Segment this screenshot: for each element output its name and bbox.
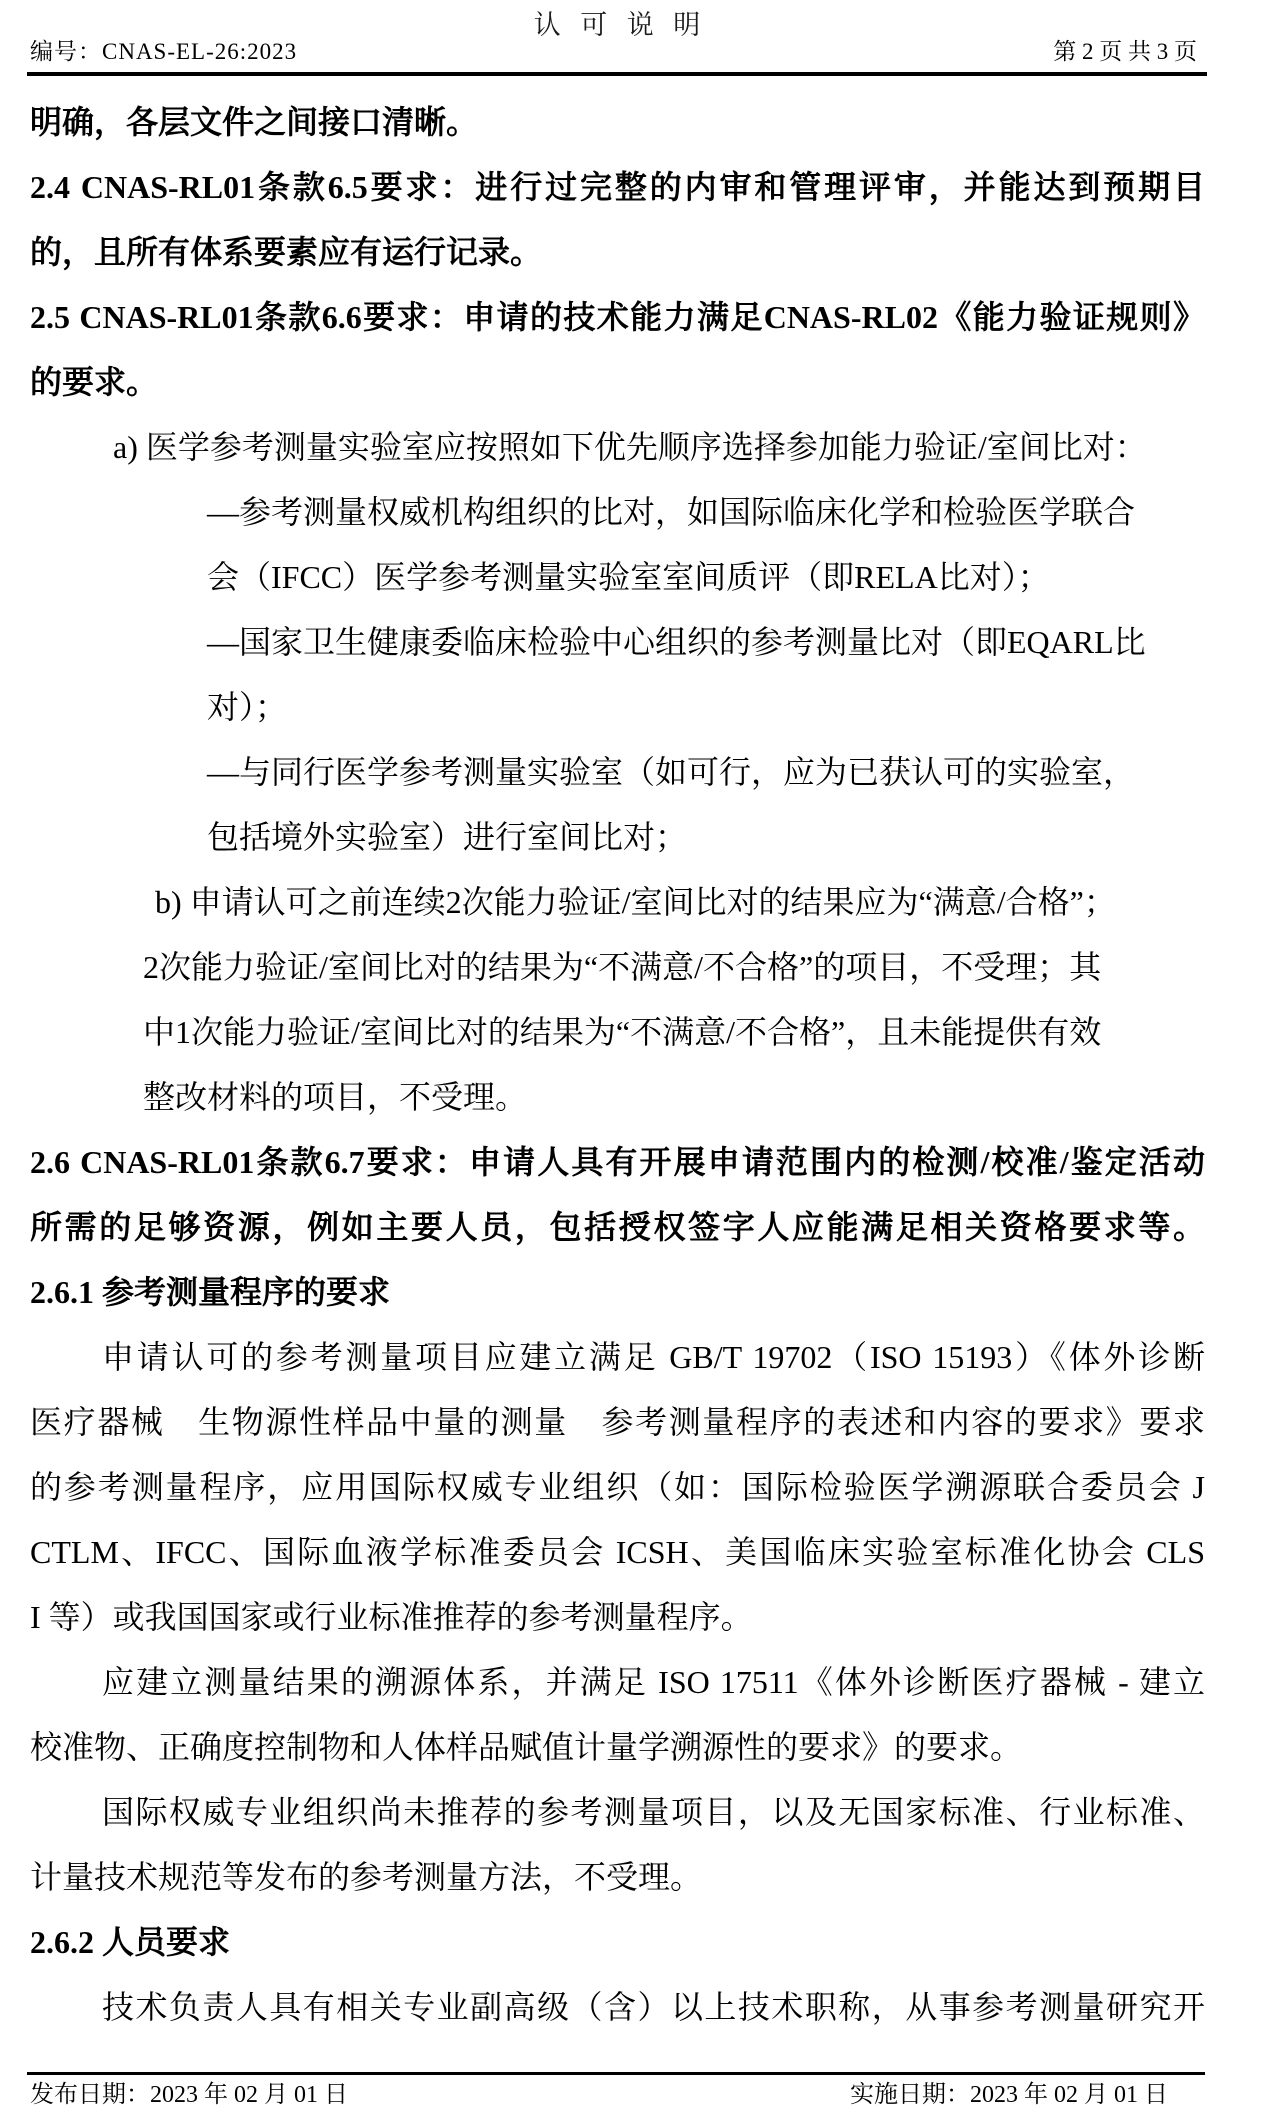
text-line: 校准物、正确度控制物和人体样品赋值计量学溯源性的要求》的要求。 — [30, 1715, 1205, 1780]
header-rule — [27, 72, 1207, 76]
document-page: 认 可 说 明 编号：CNAS-EL-26:2023 第 2 页 共 3 页 明… — [0, 0, 1280, 2114]
implementation-date: 实施日期：2023 年 02 月 01 日 — [850, 2080, 1168, 2110]
text-line: —国家卫生健康委临床检验中心组织的参考测量比对（即EQARL比 — [30, 610, 1205, 675]
text-line: a) 医学参考测量实验室应按照如下优先顺序选择参加能力验证/室间比对： — [30, 415, 1205, 480]
text-line: 2.6.2 人员要求 — [30, 1910, 1205, 1975]
text-line: 明确，各层文件之间接口清晰。 — [30, 90, 1205, 155]
text-line: 的，且所有体系要素应有运行记录。 — [30, 220, 1205, 285]
footer-rule — [27, 2072, 1205, 2075]
text-line: 2.4 CNAS-RL01条款6.5要求：进行过完整的内审和管理评审，并能达到预… — [30, 155, 1205, 220]
text-line: 所需的足够资源，例如主要人员，包括授权签字人应能满足相关资格要求等。 — [30, 1195, 1205, 1260]
text-line: 的参考测量程序，应用国际权威专业组织（如：国际检验医学溯源联合委员会 J — [30, 1455, 1205, 1520]
doc-number: 编号：CNAS-EL-26:2023 — [30, 38, 297, 66]
text-line: 申请认可的参考测量项目应建立满足 GB/T 19702（ISO 15193）《体… — [30, 1325, 1205, 1390]
release-date: 发布日期：2023 年 02 月 01 日 — [30, 2080, 348, 2110]
text-line: 整改材料的项目，不受理。 — [30, 1065, 1205, 1130]
text-line: 中1次能力验证/室间比对的结果为“不满意/不合格”，且未能提供有效 — [30, 1000, 1205, 1065]
text-line: 2.5 CNAS-RL01条款6.6要求：申请的技术能力满足CNAS-RL02《… — [30, 285, 1205, 350]
text-line: CTLM、IFCC、国际血液学标准委员会 ICSH、美国临床实验室标准化协会 C… — [30, 1520, 1205, 1585]
page-indicator: 第 2 页 共 3 页 — [1053, 38, 1197, 66]
text-line: 会（IFCC）医学参考测量实验室室间质评（即RELA比对）； — [30, 545, 1205, 610]
text-line: 应建立测量结果的溯源体系，并满足 ISO 17511《体外诊断医疗器械 - 建立 — [30, 1650, 1205, 1715]
text-line: 技术负责人具有相关专业副高级（含）以上技术职称，从事参考测量研究开 — [30, 1975, 1205, 2040]
text-line: 计量技术规范等发布的参考测量方法，不受理。 — [30, 1845, 1205, 1910]
text-line: 医疗器械 生物源性样品中量的测量 参考测量程序的表述和内容的要求》要求 — [30, 1390, 1205, 1455]
text-line: 2次能力验证/室间比对的结果为“不满意/不合格”的项目，不受理；其 — [30, 935, 1205, 1000]
text-line: 的要求。 — [30, 350, 1205, 415]
text-line: 对）； — [30, 675, 1205, 740]
text-line: —参考测量权威机构组织的比对，如国际临床化学和检验医学联合 — [30, 480, 1205, 545]
body-text: 明确，各层文件之间接口清晰。2.4 CNAS-RL01条款6.5要求：进行过完整… — [30, 90, 1205, 2040]
text-line: 2.6.1 参考测量程序的要求 — [30, 1260, 1205, 1325]
text-line: b) 申请认可之前连续2次能力验证/室间比对的结果应为“满意/合格”； — [30, 870, 1205, 935]
text-line: 国际权威专业组织尚未推荐的参考测量项目，以及无国家标准、行业标准、 — [30, 1780, 1205, 1845]
text-line: 2.6 CNAS-RL01条款6.7要求：申请人具有开展申请范围内的检测/校准/… — [30, 1130, 1205, 1195]
text-line: —与同行医学参考测量实验室（如可行，应为已获认可的实验室， — [30, 740, 1205, 805]
text-line: 包括境外实验室）进行室间比对； — [30, 805, 1205, 870]
text-line: I 等）或我国国家或行业标准推荐的参考测量程序。 — [30, 1585, 1205, 1650]
